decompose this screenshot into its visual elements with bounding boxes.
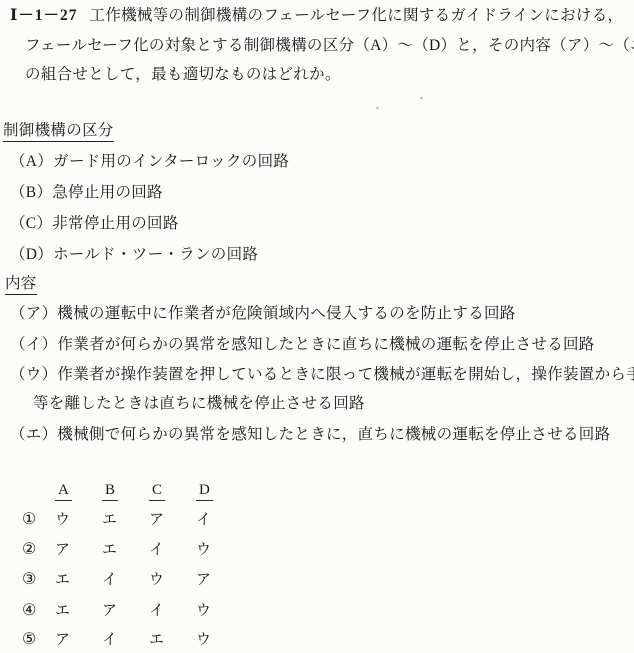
option-cell: ア	[149, 511, 196, 530]
exam-question-page: Ⅰ－1－27工作機械等の制御機構のフェールセーフ化に関するガイドラインにおける，…	[0, 0, 634, 653]
option-cell: エ	[102, 541, 149, 560]
option-cell: ウ	[149, 571, 196, 590]
option-cell: ウ	[196, 541, 243, 560]
category-item-label: （C）	[10, 214, 52, 234]
category-item-text: ホールド・ツー・ランの回路	[53, 246, 258, 263]
question-statement-line-3: の組合せとして，最も適切なものはどれか。	[25, 65, 341, 85]
option-cell: イ	[102, 631, 149, 650]
option-cell: ア	[55, 541, 102, 560]
option-number: ③	[22, 570, 55, 589]
category-item-label: （B）	[10, 183, 52, 203]
option-number: ④	[22, 601, 55, 620]
option-cell: イ	[149, 602, 196, 621]
option-cell: イ	[196, 511, 243, 530]
option-cell: エ	[55, 571, 102, 590]
option-cell: ア	[102, 602, 149, 621]
content-item-label: （ウ）	[10, 365, 57, 385]
options-header-row: A B C D	[22, 481, 243, 500]
option-number: ①	[22, 510, 55, 529]
content-item-text: 作業者が何らかの異常を感知したときに直ちに機械の運転を停止させる回路	[57, 336, 594, 353]
question-statement-line-2: フェールセーフ化の対象とする制御機構の区分（A）～（D）と，その内容（ア）～（エ…	[25, 36, 634, 56]
content-item-label: （ア）	[10, 304, 57, 324]
category-item-label: （D）	[10, 245, 53, 265]
category-item-D: （D）ホールド・ツー・ランの回路	[10, 245, 258, 265]
question-statement-line-1: Ⅰ－1－27工作機械等の制御機構のフェールセーフ化に関するガイドラインにおける，	[10, 6, 623, 26]
option-number: ⑤	[22, 630, 55, 649]
scan-speck	[376, 107, 379, 109]
content-item-i: （イ）作業者が何らかの異常を感知したときに直ちに機械の運転を停止させる回路	[10, 335, 595, 355]
question-number: Ⅰ－1－27	[10, 7, 78, 24]
content-item-label: （エ）	[10, 425, 57, 445]
option-cell: エ	[102, 511, 149, 530]
content-item-text: 機械側で何らかの異常を感知したときに，直ちに機械の運転を停止させる回路	[57, 426, 610, 443]
content-item-u-line-2: 等を離したときは直ちに機械を停止させる回路	[33, 394, 365, 414]
category-item-A: （A）ガード用のインターロックの回路	[10, 152, 289, 172]
option-cell: イ	[102, 571, 149, 590]
option-cell: イ	[149, 541, 196, 560]
option-row-5: ⑤ ア イ エ ウ	[22, 630, 243, 650]
option-row-2: ② ア エ イ ウ	[22, 540, 243, 560]
option-row-3: ③ エ イ ウ ア	[22, 570, 243, 590]
category-item-B: （B）急停止用の回路	[10, 183, 163, 203]
option-cell: ウ	[55, 511, 102, 530]
options-column-A: A	[55, 481, 102, 500]
option-row-1: ① ウ エ ア イ	[22, 510, 243, 530]
category-item-text: 非常停止用の回路	[52, 215, 178, 232]
option-cell: エ	[149, 631, 196, 650]
content-item-u: （ウ）作業者が操作装置を押しているときに限って機械が運転を開始し，操作装置から手…	[10, 365, 634, 385]
category-item-text: 急停止用の回路	[52, 184, 163, 201]
content-item-text: 機械の運転中に作業者が危険領域内へ侵入するのを防止する回路	[57, 305, 515, 322]
content-item-text: 作業者が操作装置を押しているときに限って機械が運転を開始し，操作装置から手指	[57, 366, 634, 383]
option-cell: ア	[196, 571, 243, 590]
option-row-4: ④ エ ア イ ウ	[22, 601, 243, 621]
category-item-text: ガード用のインターロックの回路	[53, 153, 289, 170]
scan-speck	[420, 97, 423, 99]
category-section-heading: 制御機構の区分	[3, 121, 114, 141]
options-column-D: D	[196, 481, 243, 500]
category-item-label: （A）	[10, 152, 53, 172]
option-cell: ウ	[196, 631, 243, 650]
option-number: ②	[22, 540, 55, 559]
content-item-label: （イ）	[10, 335, 57, 355]
option-cell: ウ	[196, 602, 243, 621]
option-cell: ア	[55, 631, 102, 650]
options-column-C: C	[149, 481, 196, 500]
content-item-a: （ア）機械の運転中に作業者が危険領域内へ侵入するのを防止する回路	[10, 304, 516, 324]
option-cell: エ	[55, 602, 102, 621]
category-item-C: （C）非常停止用の回路	[10, 214, 179, 234]
content-section-heading: 内容	[5, 274, 37, 294]
content-item-e: （エ）機械側で何らかの異常を感知したときに，直ちに機械の運転を停止させる回路	[10, 425, 610, 445]
options-column-B: B	[102, 481, 149, 500]
question-text: 工作機械等の制御機構のフェールセーフ化に関するガイドラインにおける，	[90, 7, 624, 24]
